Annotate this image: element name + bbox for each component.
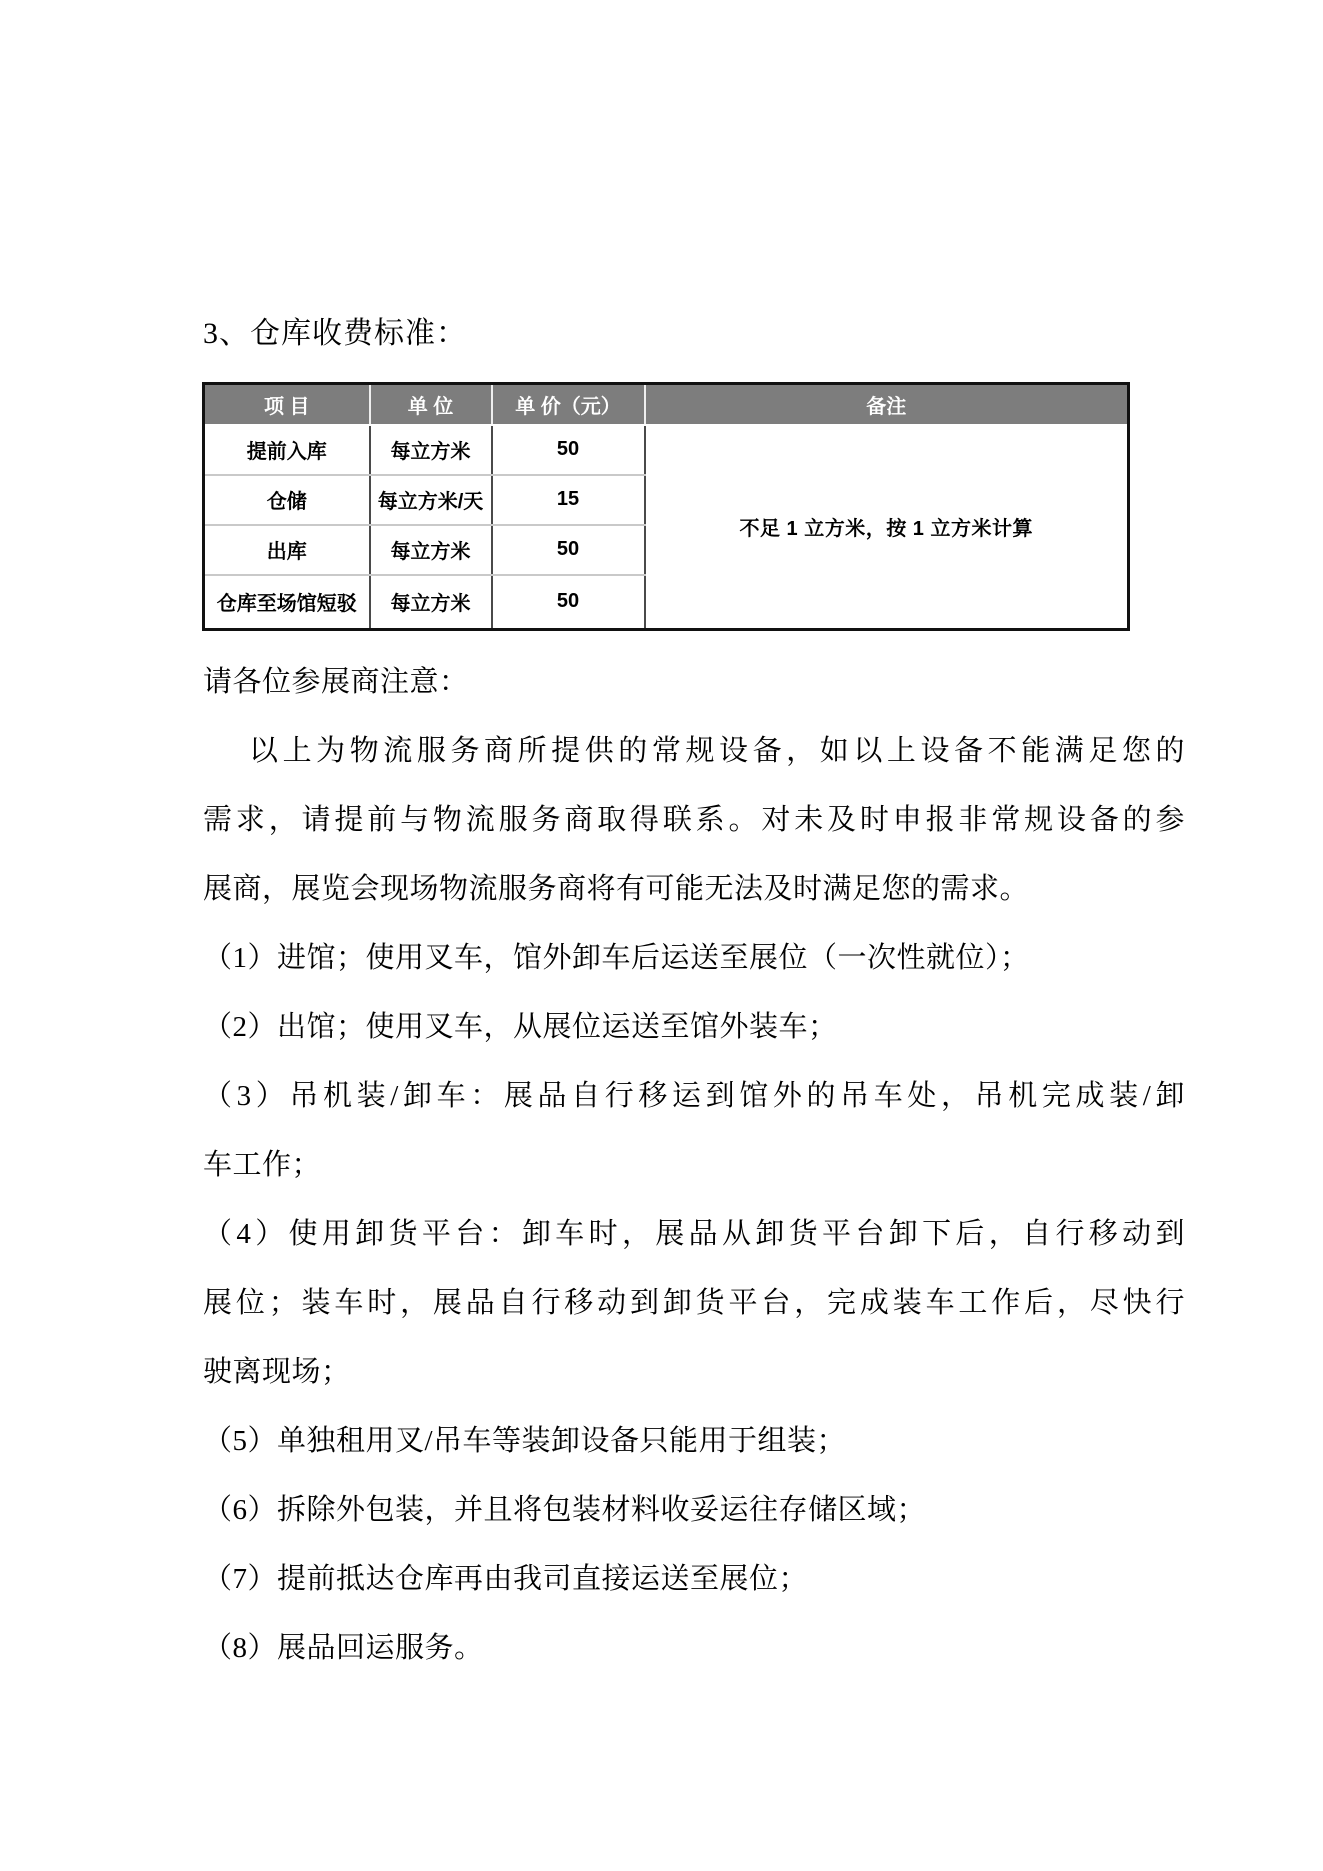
fee-table-body: 提前入库每立方米50不足 1 立方米，按 1 立方米计算仓储每立方米/天15出库… [204, 425, 1129, 630]
list-item-4-line-1: （4）使用卸货平台：卸车时，展品从卸货平台卸下后，自行移动到 [203, 1200, 1185, 1269]
cell-remark: 不足 1 立方米，按 1 立方米计算 [645, 425, 1129, 630]
cell-price: 50 [492, 525, 645, 575]
list-item-8-line-1: （8）展品回运服务。 [203, 1614, 1185, 1683]
intro-paragraph-line-2: 需求，请提前与物流服务商取得联系。对未及时申报非常规设备的参 [203, 786, 1185, 855]
cell-item: 仓储 [204, 475, 370, 525]
fee-table-header-unit: 单 位 [370, 384, 492, 425]
cell-item: 出库 [204, 525, 370, 575]
fee-table-header-row: 项 目单 位单 价（元）备注 [204, 384, 1129, 425]
cell-price: 50 [492, 575, 645, 630]
list-item-3-line-2: 车工作； [203, 1131, 1185, 1200]
cell-unit: 每立方米 [370, 575, 492, 630]
body-text: 请各位参展商注意：以上为物流服务商所提供的常规设备，如以上设备不能满足您的需求，… [203, 648, 1185, 1683]
list-item-6-line-1: （6）拆除外包装，并且将包装材料收妥运往存储区域； [203, 1476, 1185, 1545]
fee-table-row-1: 提前入库每立方米50不足 1 立方米，按 1 立方米计算 [204, 425, 1129, 475]
cell-price: 50 [492, 425, 645, 475]
intro-paragraph-line-3: 展商，展览会现场物流服务商将有可能无法及时满足您的需求。 [203, 855, 1185, 924]
fee-table-header: 项 目单 位单 价（元）备注 [204, 384, 1129, 425]
cell-unit: 每立方米/天 [370, 475, 492, 525]
fee-table-header-item: 项 目 [204, 384, 370, 425]
section-title: 3、仓库收费标准： [203, 313, 467, 355]
list-item-1-line-1: （1）进馆；使用叉车，馆外卸车后运送至展位（一次性就位）； [203, 924, 1185, 993]
cell-unit: 每立方米 [370, 425, 492, 475]
cell-item: 仓库至场馆短驳 [204, 575, 370, 630]
list-item-3-line-1: （3）吊机装/卸车：展品自行移运到馆外的吊车处，吊机完成装/卸 [203, 1062, 1185, 1131]
intro-paragraph-line-1: 以上为物流服务商所提供的常规设备，如以上设备不能满足您的 [203, 717, 1185, 786]
list-item-2-line-1: （2）出馆；使用叉车，从展位运送至馆外装车； [203, 993, 1185, 1062]
cell-item: 提前入库 [204, 425, 370, 475]
warehouse-fee-table: 项 目单 位单 价（元）备注 提前入库每立方米50不足 1 立方米，按 1 立方… [202, 382, 1130, 631]
list-item-5-line-1: （5）单独租用叉/吊车等装卸设备只能用于组装； [203, 1407, 1185, 1476]
list-item-4-line-2: 展位；装车时，展品自行移动到卸货平台，完成装车工作后，尽快行 [203, 1269, 1185, 1338]
fee-table-header-remark: 备注 [645, 384, 1129, 425]
list-item-7-line-1: （7）提前抵达仓库再由我司直接运送至展位； [203, 1545, 1185, 1614]
list-item-4-line-3: 驶离现场； [203, 1338, 1185, 1407]
cell-unit: 每立方米 [370, 525, 492, 575]
document-page: 3、仓库收费标准： 项 目单 位单 价（元）备注 提前入库每立方米50不足 1 … [0, 0, 1323, 1871]
fee-table-header-price: 单 价（元） [492, 384, 645, 425]
cell-price: 15 [492, 475, 645, 525]
notice-heading-line-1: 请各位参展商注意： [203, 648, 1185, 717]
